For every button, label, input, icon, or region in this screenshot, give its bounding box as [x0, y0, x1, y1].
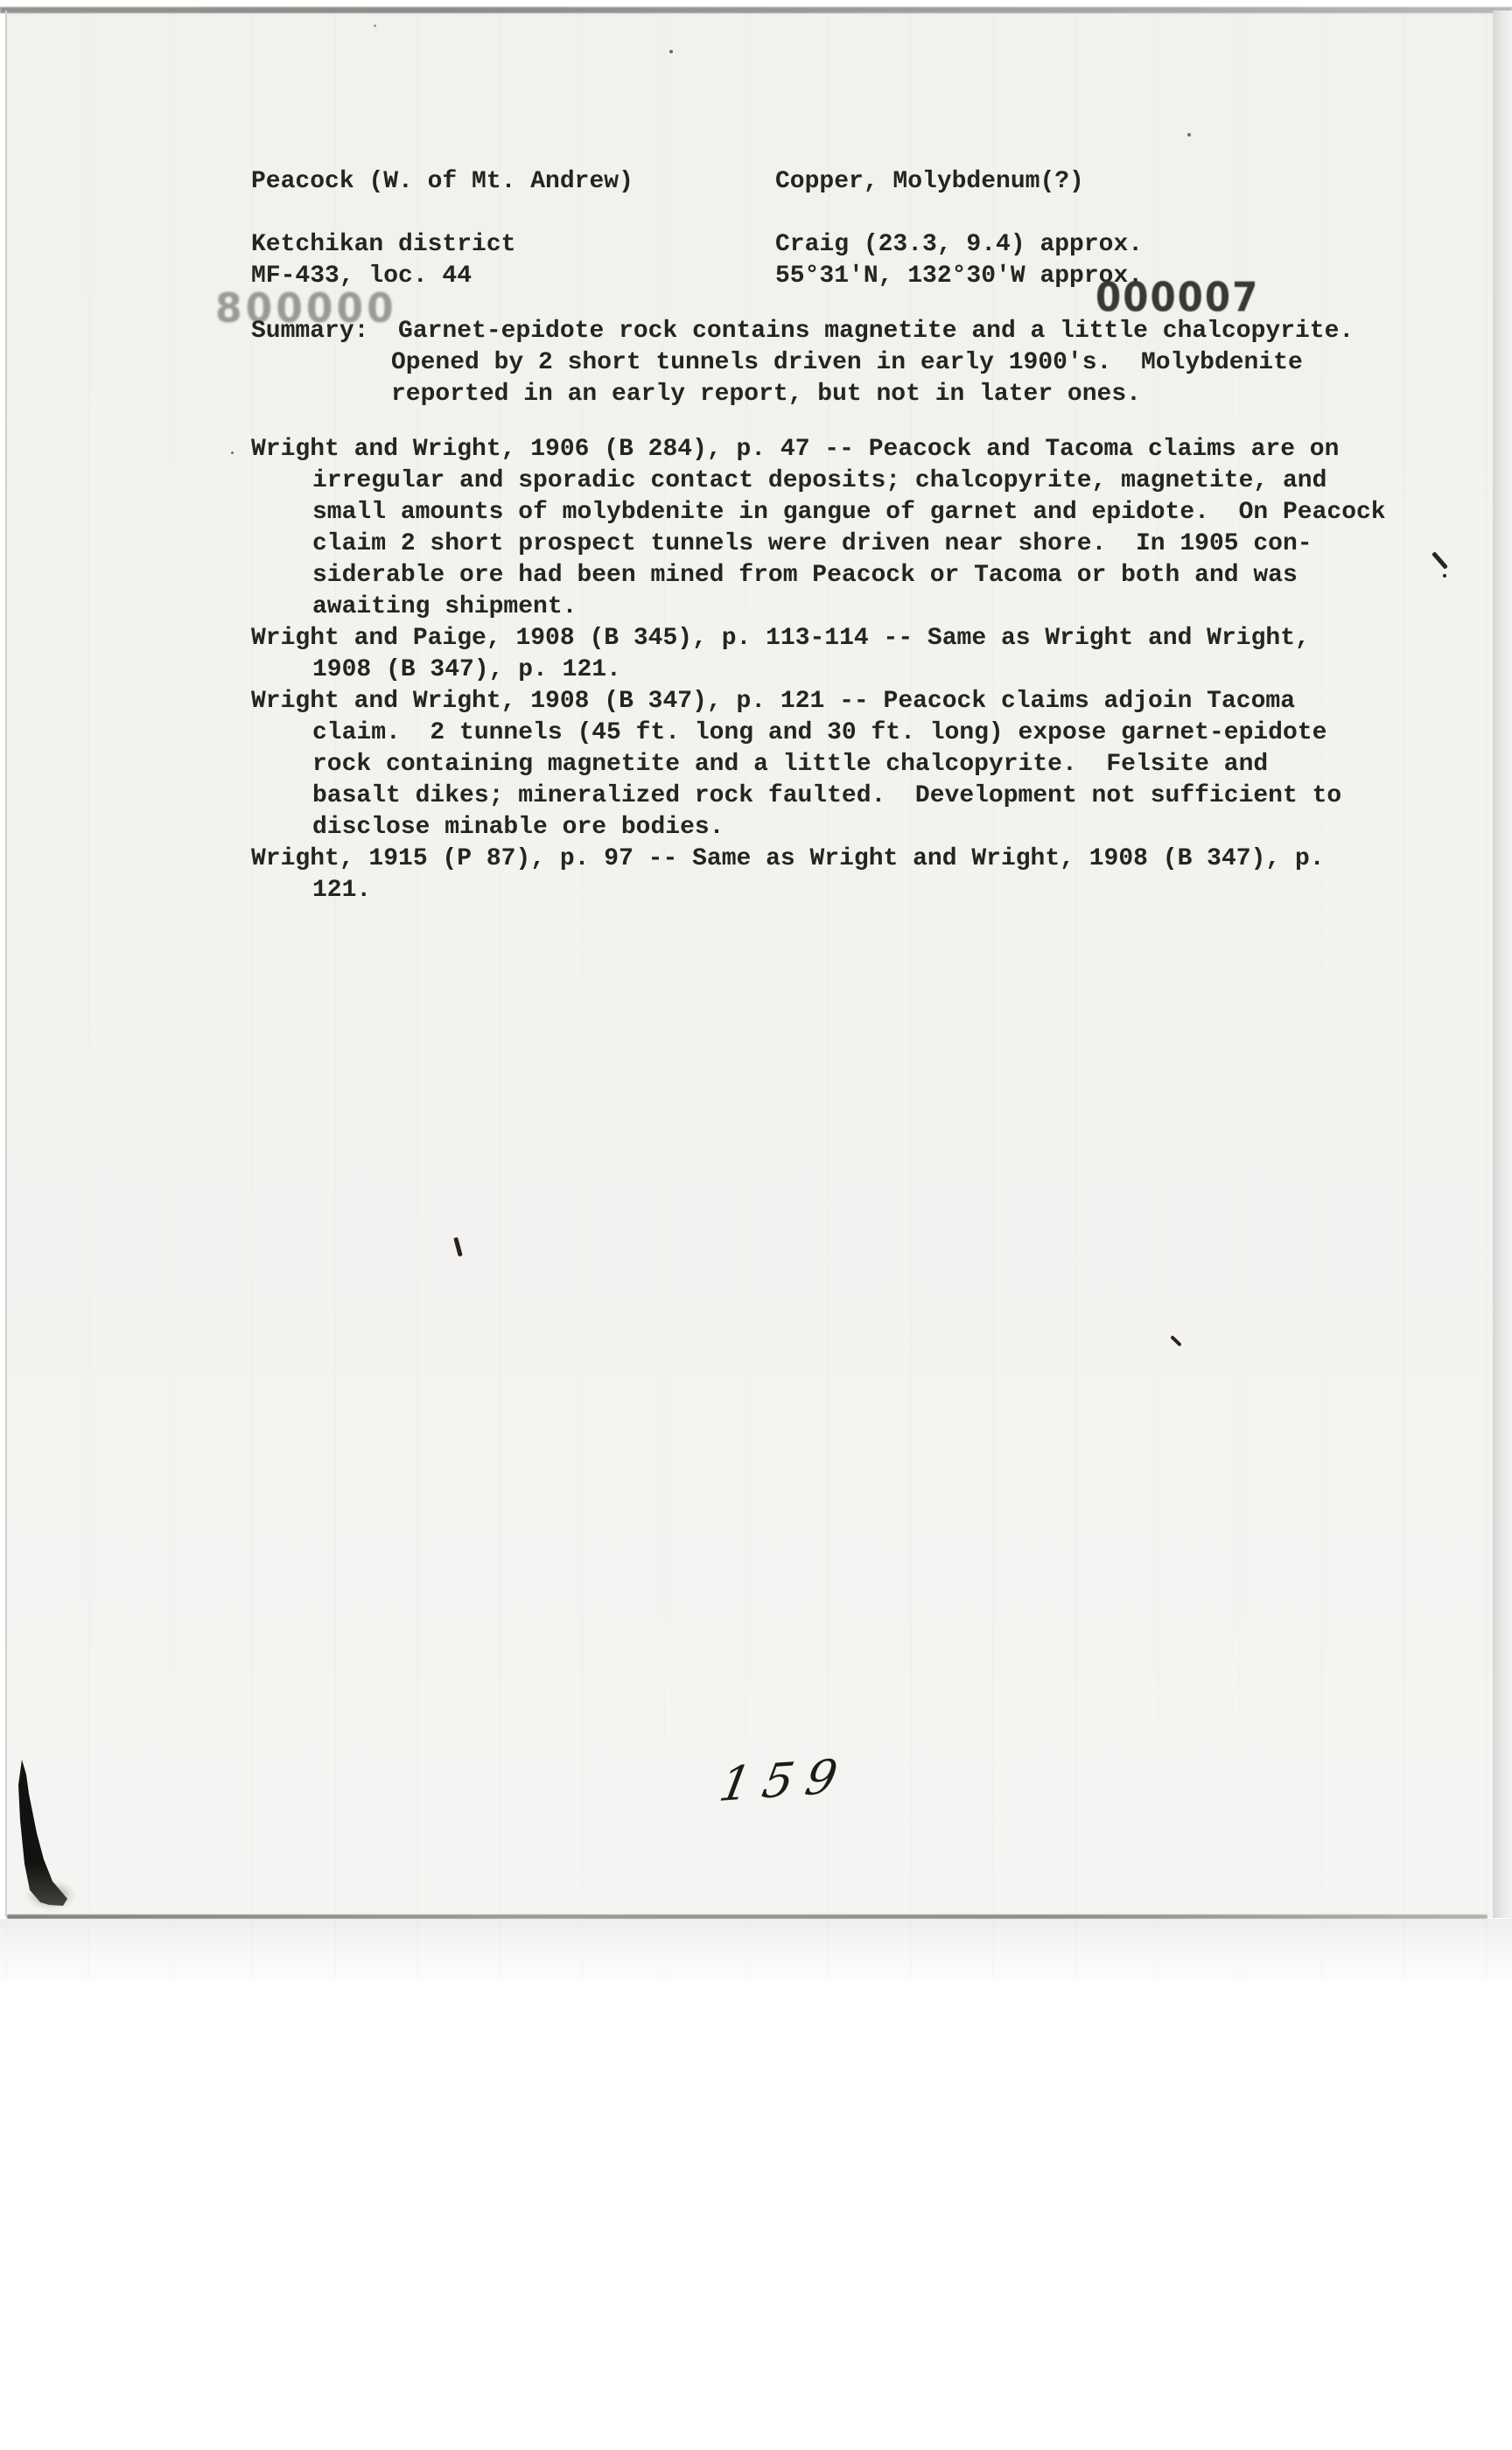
handwritten-page-number: 159 [715, 1749, 853, 1812]
serial-number-stamp: 000007 [1095, 276, 1259, 318]
district: Ketchikan district [251, 229, 515, 261]
reference-line: Wright and Wright, 1906 (B 284), p. 47 -… [251, 434, 1415, 465]
reference-line: Wright and Paige, 1908 (B 345), p. 113-1… [251, 623, 1415, 654]
reference-line: Wright and Wright, 1908 (B 347), p. 121 … [251, 686, 1415, 717]
scan-speck [231, 451, 234, 454]
summary-line-1: Summary: Garnet-epidote rock contains ma… [251, 316, 1354, 347]
quadrangle-reference: Craig (23.3, 9.4) approx. [775, 229, 1143, 261]
references-block: Wright and Wright, 1906 (B 284), p. 47 -… [251, 434, 1415, 906]
commodities: Copper, Molybdenum(?) [775, 166, 1084, 198]
reference-line: irregular and sporadic contact deposits;… [251, 465, 1415, 497]
reference-line: siderable ore had been mined from Peacoc… [251, 560, 1415, 591]
summary-line-3: reported in an early report, but not in … [391, 379, 1141, 410]
reference-line: Wright, 1915 (P 87), p. 97 -- Same as Wr… [251, 843, 1415, 875]
mine-name: Peacock (W. of Mt. Andrew) [251, 166, 633, 198]
scan-speck [669, 50, 673, 53]
reference-line: 1908 (B 347), p. 121. [251, 654, 1415, 686]
reference-line: claim 2 short prospect tunnels were driv… [251, 528, 1415, 560]
reference-line: basalt dikes; mineralized rock faulted. … [251, 780, 1415, 812]
reference-line: claim. 2 tunnels (45 ft. long and 30 ft.… [251, 717, 1415, 749]
pen-mark-dot [1443, 574, 1446, 577]
scanned-document-page: Peacock (W. of Mt. Andrew) Copper, Molyb… [0, 0, 1512, 2450]
scanner-background-band [0, 1919, 1512, 1982]
ink-blot [16, 1757, 77, 1907]
paper-left-edge [5, 10, 7, 1916]
paper-right-edge-shadow [1493, 10, 1512, 1918]
coordinates: 55°31'N, 132°30'W approx. [775, 261, 1143, 292]
reference-line: rock containing magnetite and a little c… [251, 749, 1415, 780]
reference-line: 121. [251, 875, 1415, 906]
scan-top-edge [0, 7, 1512, 13]
scan-speck [1187, 133, 1191, 136]
summary-line-2: Opened by 2 short tunnels driven in earl… [391, 347, 1303, 379]
reference-line: awaiting shipment. [251, 591, 1415, 623]
scan-speck [374, 24, 376, 27]
reference-line: disclose minable ore bodies. [251, 812, 1415, 843]
reference-line: small amounts of molybdenite in gangue o… [251, 497, 1415, 528]
